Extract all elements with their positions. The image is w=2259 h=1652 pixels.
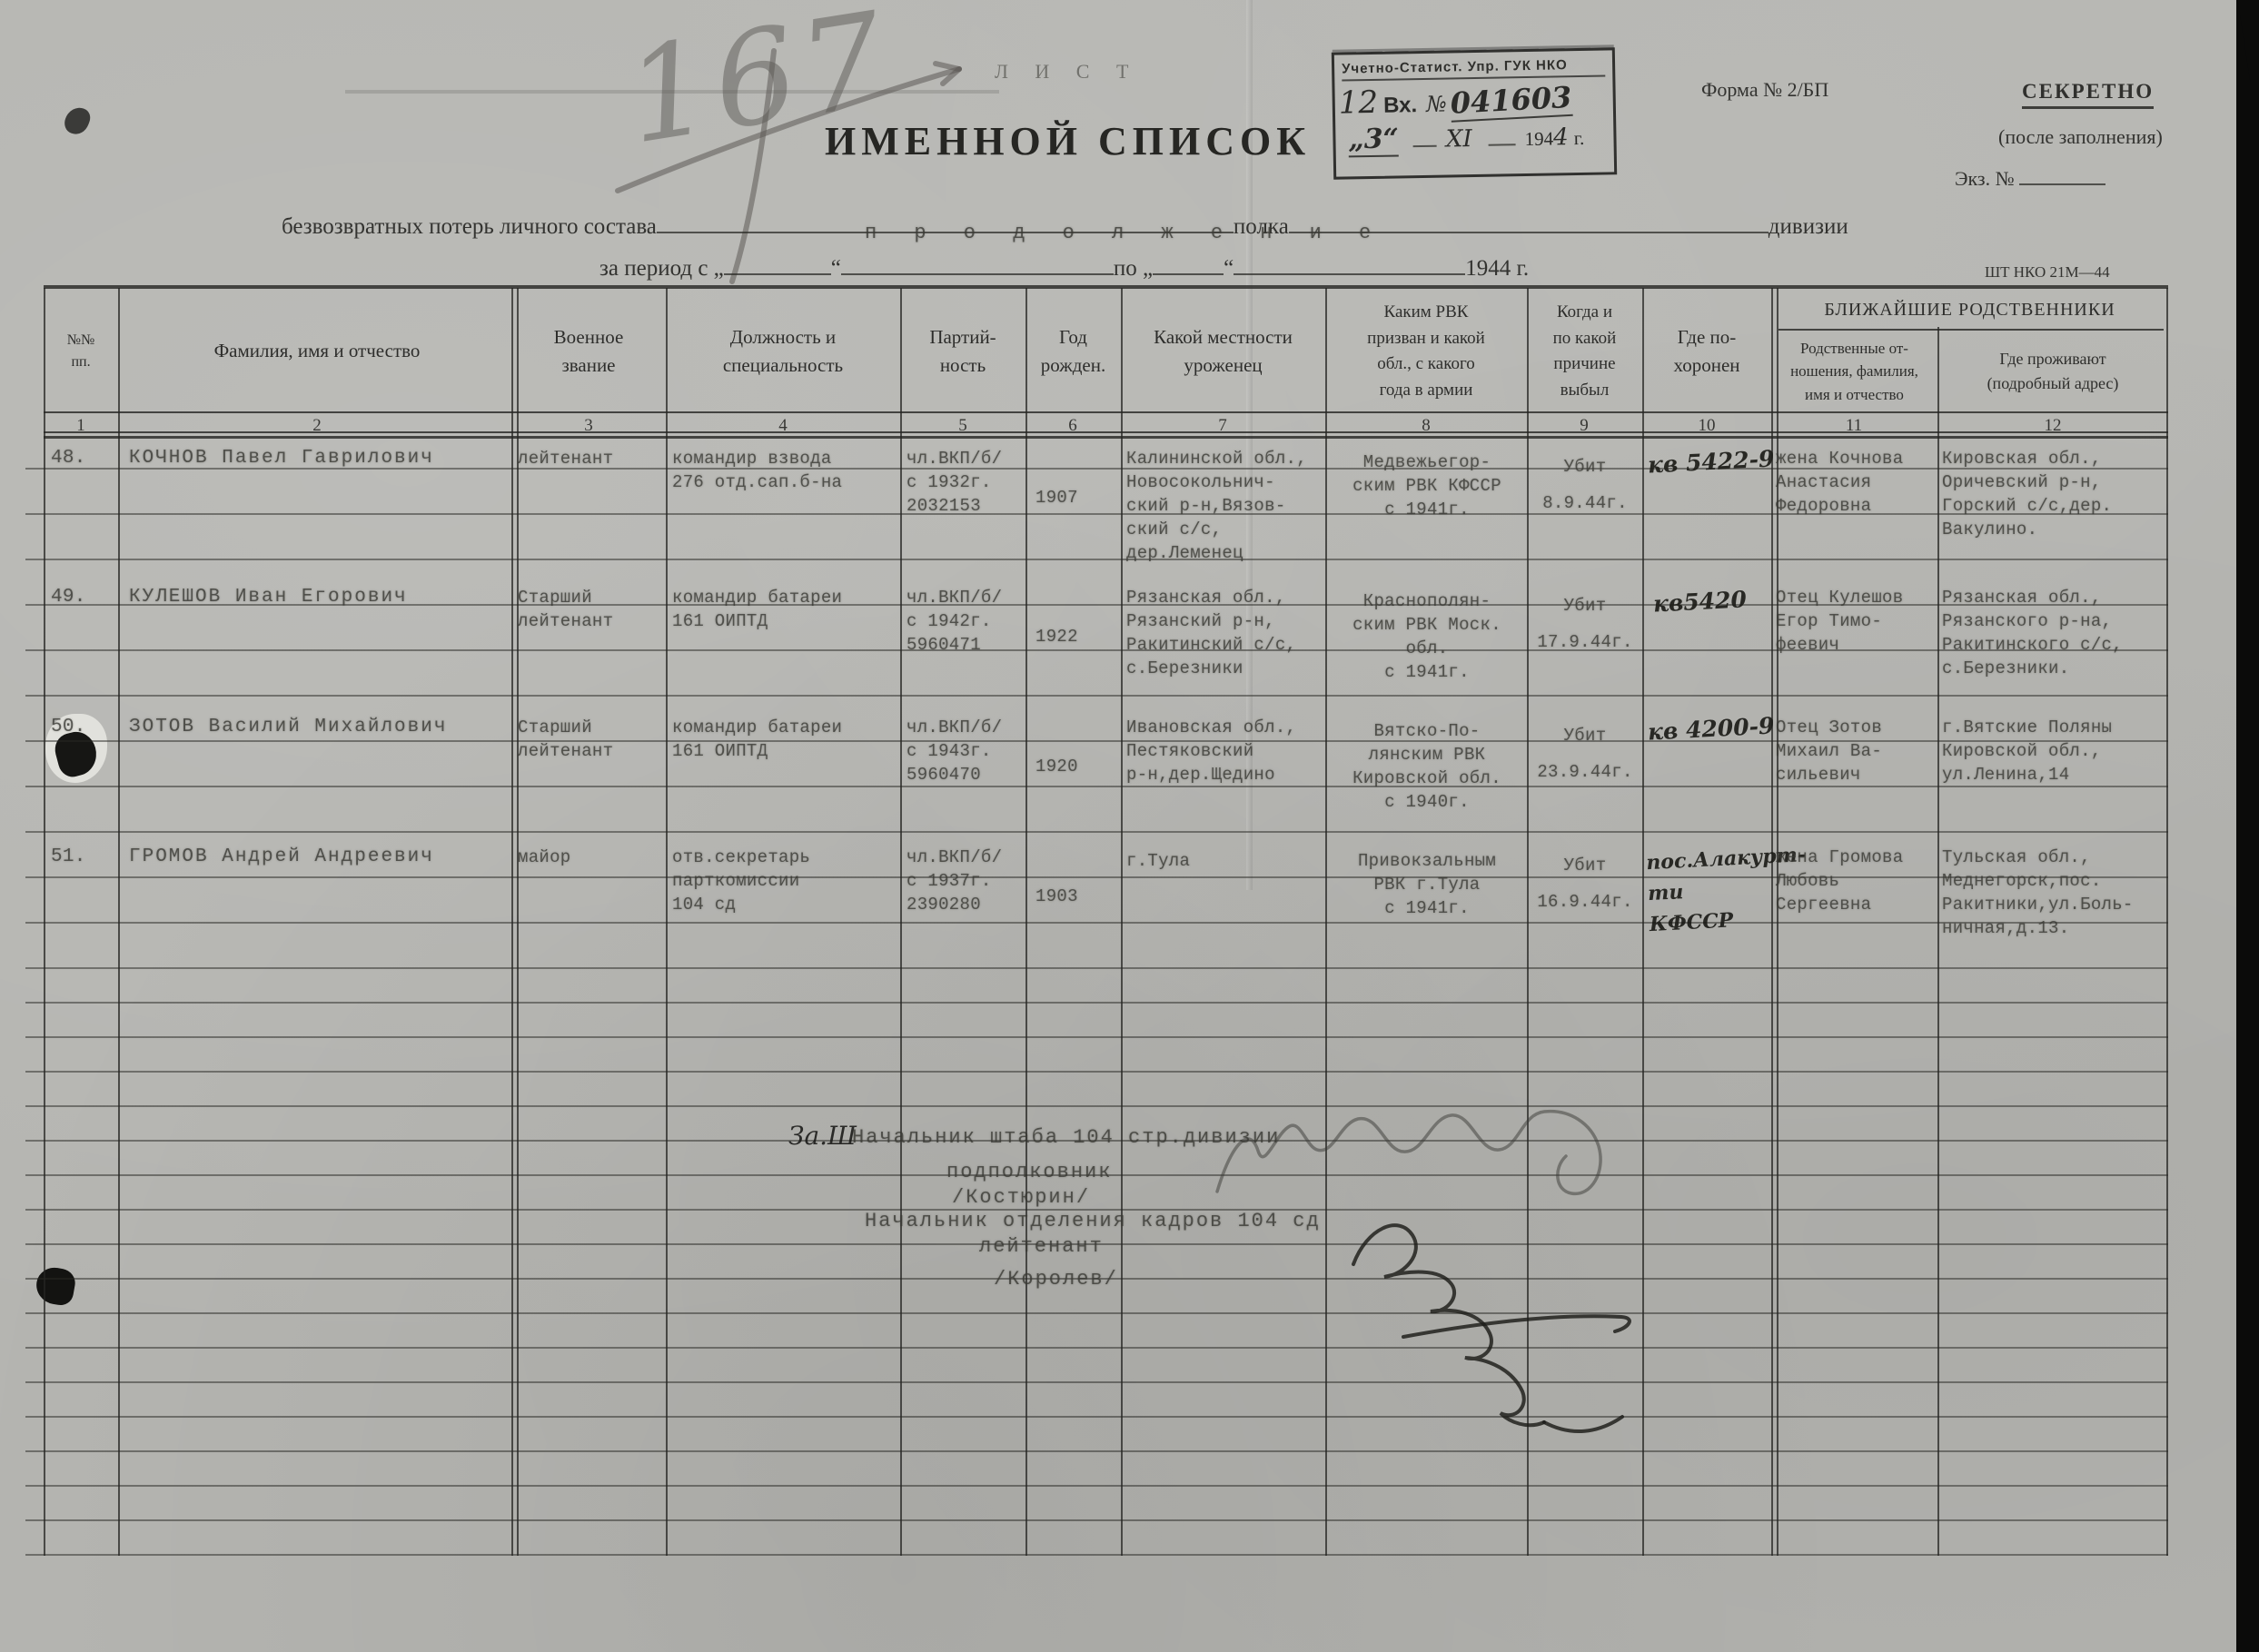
secrecy-sublabel: (после заполнения) <box>1998 125 2163 149</box>
stamp-handwritten-prefix: 12 <box>1338 84 1378 122</box>
copy-number-blank <box>2019 163 2105 185</box>
col-header-position: Должность и специальность <box>666 292 900 411</box>
form-number: Форма № 2/БП <box>1701 78 1828 102</box>
col-divider-4 <box>900 288 902 1556</box>
period-mid-blank <box>841 251 1114 275</box>
row-birth-year: 1903 <box>1035 885 1117 908</box>
col-divider-6 <box>1121 288 1123 1556</box>
stamp-office-line: Учетно-Статист. Упр. ГУК НКО <box>1342 56 1605 81</box>
row-name: ЗОТОВ Василий Михайлович <box>129 716 509 739</box>
row-party: чл.ВКП/б/ с 1937г. 2390280 <box>907 846 1023 916</box>
row-party: чл.ВКП/б/ с 1943г. 5960470 <box>907 716 1023 786</box>
copy-number-label: Экз. № <box>1955 163 2105 191</box>
col-header-birth-year: Год рожден. <box>1025 292 1121 411</box>
row-drafted: Вятско-По- лянским РВК Кировской обл. с … <box>1330 719 1524 814</box>
relatives-group-underline <box>1778 329 2164 331</box>
subtitle-line2: за период с „“по „“1944 г. <box>599 251 1529 282</box>
col-divider-2b <box>517 288 519 1556</box>
col-header-birthplace: Какой местности уроженец <box>1121 292 1325 411</box>
stamp-number-sign: № <box>1426 92 1447 117</box>
row-rank: Старший лейтенант <box>518 716 663 763</box>
col-header-relative: Родственные от- ношения, фамилия, имя и … <box>1771 332 1937 411</box>
row-birthplace: Ивановская обл., Пестяковский р-н,дер.Ще… <box>1126 716 1332 786</box>
form-code: ШТ НКО 21М—44 <box>1985 263 2110 282</box>
row-casualty: Убит 23.9.44г. <box>1531 717 1639 790</box>
col-header-drafted-by: Каким РВК призван и какой обл., с какого… <box>1325 292 1527 411</box>
row-burial-note: пос.Алакурт- ти КФССР <box>1645 840 1795 940</box>
col-number-8: 8 <box>1399 416 1453 436</box>
scanned-document: 167 Л И С Т ИМЕННОЙ СПИСОК Учетно-Статис… <box>0 0 2259 1652</box>
signature2-name: /Королев/ <box>994 1268 1118 1291</box>
signature1-name: /Костюрин/ <box>952 1186 1090 1209</box>
col-number-1: 1 <box>54 416 108 436</box>
signature2-flourish <box>1403 1316 1630 1337</box>
copy-number-text: Экз. № <box>1955 167 2015 190</box>
subtitle-division: дивизии <box>1769 214 1848 239</box>
col-divider-3 <box>666 288 668 1556</box>
row-number: 50. <box>51 716 114 739</box>
scan-black-edge-right <box>2236 0 2259 1652</box>
stamp-date-month: XI <box>1446 125 1472 153</box>
col-number-3: 3 <box>561 416 616 436</box>
table-top-border <box>44 285 2168 289</box>
row-rank: майор <box>518 846 663 869</box>
row-relative: Отец Зотов Михаил Ва- сильевич <box>1776 716 1936 786</box>
stamp-date-blank <box>1413 131 1437 147</box>
col-number-10: 10 <box>1679 416 1734 436</box>
stamp-date-year: 194 <box>1524 127 1553 151</box>
paper-hole-top <box>62 104 94 137</box>
row-address: Кировская обл., Оричевский р-н, Горский … <box>1942 447 2167 541</box>
secrecy-label: СЕКРЕТНО <box>2022 80 2154 109</box>
row-drafted: Медвежьегор- ским РВК КФССР с 1941г. <box>1330 450 1524 521</box>
page-title: ИМЕННОЙ СПИСОК <box>825 118 1311 164</box>
col-header-burial: Где по- хоронен <box>1642 292 1771 411</box>
stamp-incoming-number: 041603 <box>1450 80 1573 123</box>
col-number-7: 7 <box>1195 416 1250 436</box>
col-header-casualty: Когда и по какой причине выбыл <box>1527 292 1642 411</box>
row-relative: Отец Кулешов Егор Тимо- феевич <box>1776 586 1936 657</box>
period-quote2: “ <box>1224 256 1234 281</box>
col-number-4: 4 <box>756 416 810 436</box>
handwritten-signature-2 <box>1317 1199 1699 1453</box>
row-rank: Старший лейтенант <box>518 586 663 633</box>
row-address: Тульская обл., Меднегорск,пос. Ракитники… <box>1942 846 2167 940</box>
stamp-date-suffix: г. <box>1573 127 1584 150</box>
row-number: 48. <box>51 447 114 470</box>
row-address: г.Вятские Поляны Кировской обл., ул.Лени… <box>1942 716 2167 786</box>
row-address: Рязанская обл., Рязанского р-на, Ракитин… <box>1942 586 2167 680</box>
col-number-2: 2 <box>290 416 344 436</box>
row-birth-year: 1920 <box>1035 755 1117 778</box>
sheet-label: Л И С Т <box>995 60 1139 84</box>
stamp-incoming-label: Вх. <box>1383 93 1418 119</box>
col-divider-2 <box>511 288 513 1556</box>
row-drafted: Краснополян- ским РВК Моск. обл. с 1941г… <box>1330 589 1524 684</box>
signature2-tail <box>1544 1417 1622 1431</box>
col-header-name: Фамилия, имя и отчество <box>123 292 511 411</box>
period-from-label: за период с „ <box>599 256 724 281</box>
row-birthplace: г.Тула <box>1126 849 1332 873</box>
row-party: чл.ВКП/б/ с 1932г. 2032153 <box>907 447 1023 518</box>
period-from-blank <box>724 251 831 275</box>
col-divider-11 <box>1937 327 1939 1556</box>
row-position: отв.секретарь парткомиссии 104 сд <box>672 846 897 916</box>
period-to-blank <box>1153 251 1224 275</box>
col-number-11: 11 <box>1827 416 1881 436</box>
row-position: командир батареи 161 ОИПТД <box>672 716 897 763</box>
col-header-rank: Военное звание <box>511 292 666 411</box>
row-position: командир взвода 276 отд.сап.б-на <box>672 447 897 494</box>
row-birthplace: Калининской обл., Новосокольнич- ский р-… <box>1126 447 1332 565</box>
row-position: командир батареи 161 ОИПТД <box>672 586 897 633</box>
stamp-date-year-handwritten: 4 <box>1553 124 1569 151</box>
col-number-12: 12 <box>2026 416 2080 436</box>
row-relative: жена Кочнова Анастасия Федоровна <box>1776 447 1936 518</box>
row-birth-year: 1922 <box>1035 625 1117 648</box>
signature-handwritten-prefix: За.Ш <box>788 1121 857 1151</box>
table-border-left <box>44 288 45 1556</box>
period-year: 1944 г. <box>1465 256 1529 281</box>
row-number: 51. <box>51 846 114 869</box>
signature1-rank: подполковник <box>946 1161 1112 1183</box>
intake-stamp: Учетно-Статист. Упр. ГУК НКО 12 Вх. № 04… <box>1332 47 1617 179</box>
signature2-rank: лейтенант <box>979 1235 1104 1258</box>
stamp-date-blank2 <box>1488 129 1515 146</box>
numbers-row-line2 <box>44 436 2168 439</box>
row-name: ГРОМОВ Андрей Андреевич <box>129 846 509 869</box>
row-drafted: Привокзальным РВК г.Тула с 1941г. <box>1330 849 1524 920</box>
col-header-party: Партий- ность <box>900 292 1025 411</box>
stamp-date-day: „3“ <box>1348 123 1399 157</box>
row-birth-year: 1907 <box>1035 486 1117 509</box>
typed-continuation-note: п р о д о л ж е н и е <box>865 222 1383 244</box>
header-bottom-line <box>44 411 2168 413</box>
period-to-label: по „ <box>1114 256 1153 281</box>
col-divider-1 <box>118 288 120 1556</box>
row-rank: лейтенант <box>518 447 663 470</box>
row-casualty: Убит 8.9.44г. <box>1531 449 1639 521</box>
subtitle-intro: безвозвратных потерь личного состава <box>282 214 657 239</box>
col-number-5: 5 <box>936 416 990 436</box>
period-end-blank <box>1234 251 1465 275</box>
col-header-address: Где проживают (подробный адрес) <box>1937 332 2168 411</box>
row-name: КОЧНОВ Павел Гаврилович <box>129 447 509 470</box>
col-number-6: 6 <box>1045 416 1100 436</box>
row-birthplace: Рязанская обл., Рязанский р-н, Ракитинск… <box>1126 586 1332 680</box>
row-number: 49. <box>51 586 114 609</box>
row-party: чл.ВКП/б/ с 1942г. 5960471 <box>907 586 1023 657</box>
row-name: КУЛЕШОВ Иван Егорович <box>129 586 509 609</box>
signature2-body <box>1353 1225 1544 1425</box>
row-casualty: Убит 17.9.44г. <box>1531 588 1639 660</box>
row-casualty: Убит 16.9.44г. <box>1531 847 1639 920</box>
col-divider-5 <box>1025 288 1027 1556</box>
col-group-header-relatives: БЛИЖАЙШИЕ РОДСТВЕННИКИ <box>1771 292 2168 327</box>
period-quote1: “ <box>831 256 841 281</box>
row-relative: жена Громова Любовь Сергеевна <box>1776 846 1936 916</box>
col-number-9: 9 <box>1557 416 1611 436</box>
col-header-npp: №№ пп. <box>44 292 118 411</box>
